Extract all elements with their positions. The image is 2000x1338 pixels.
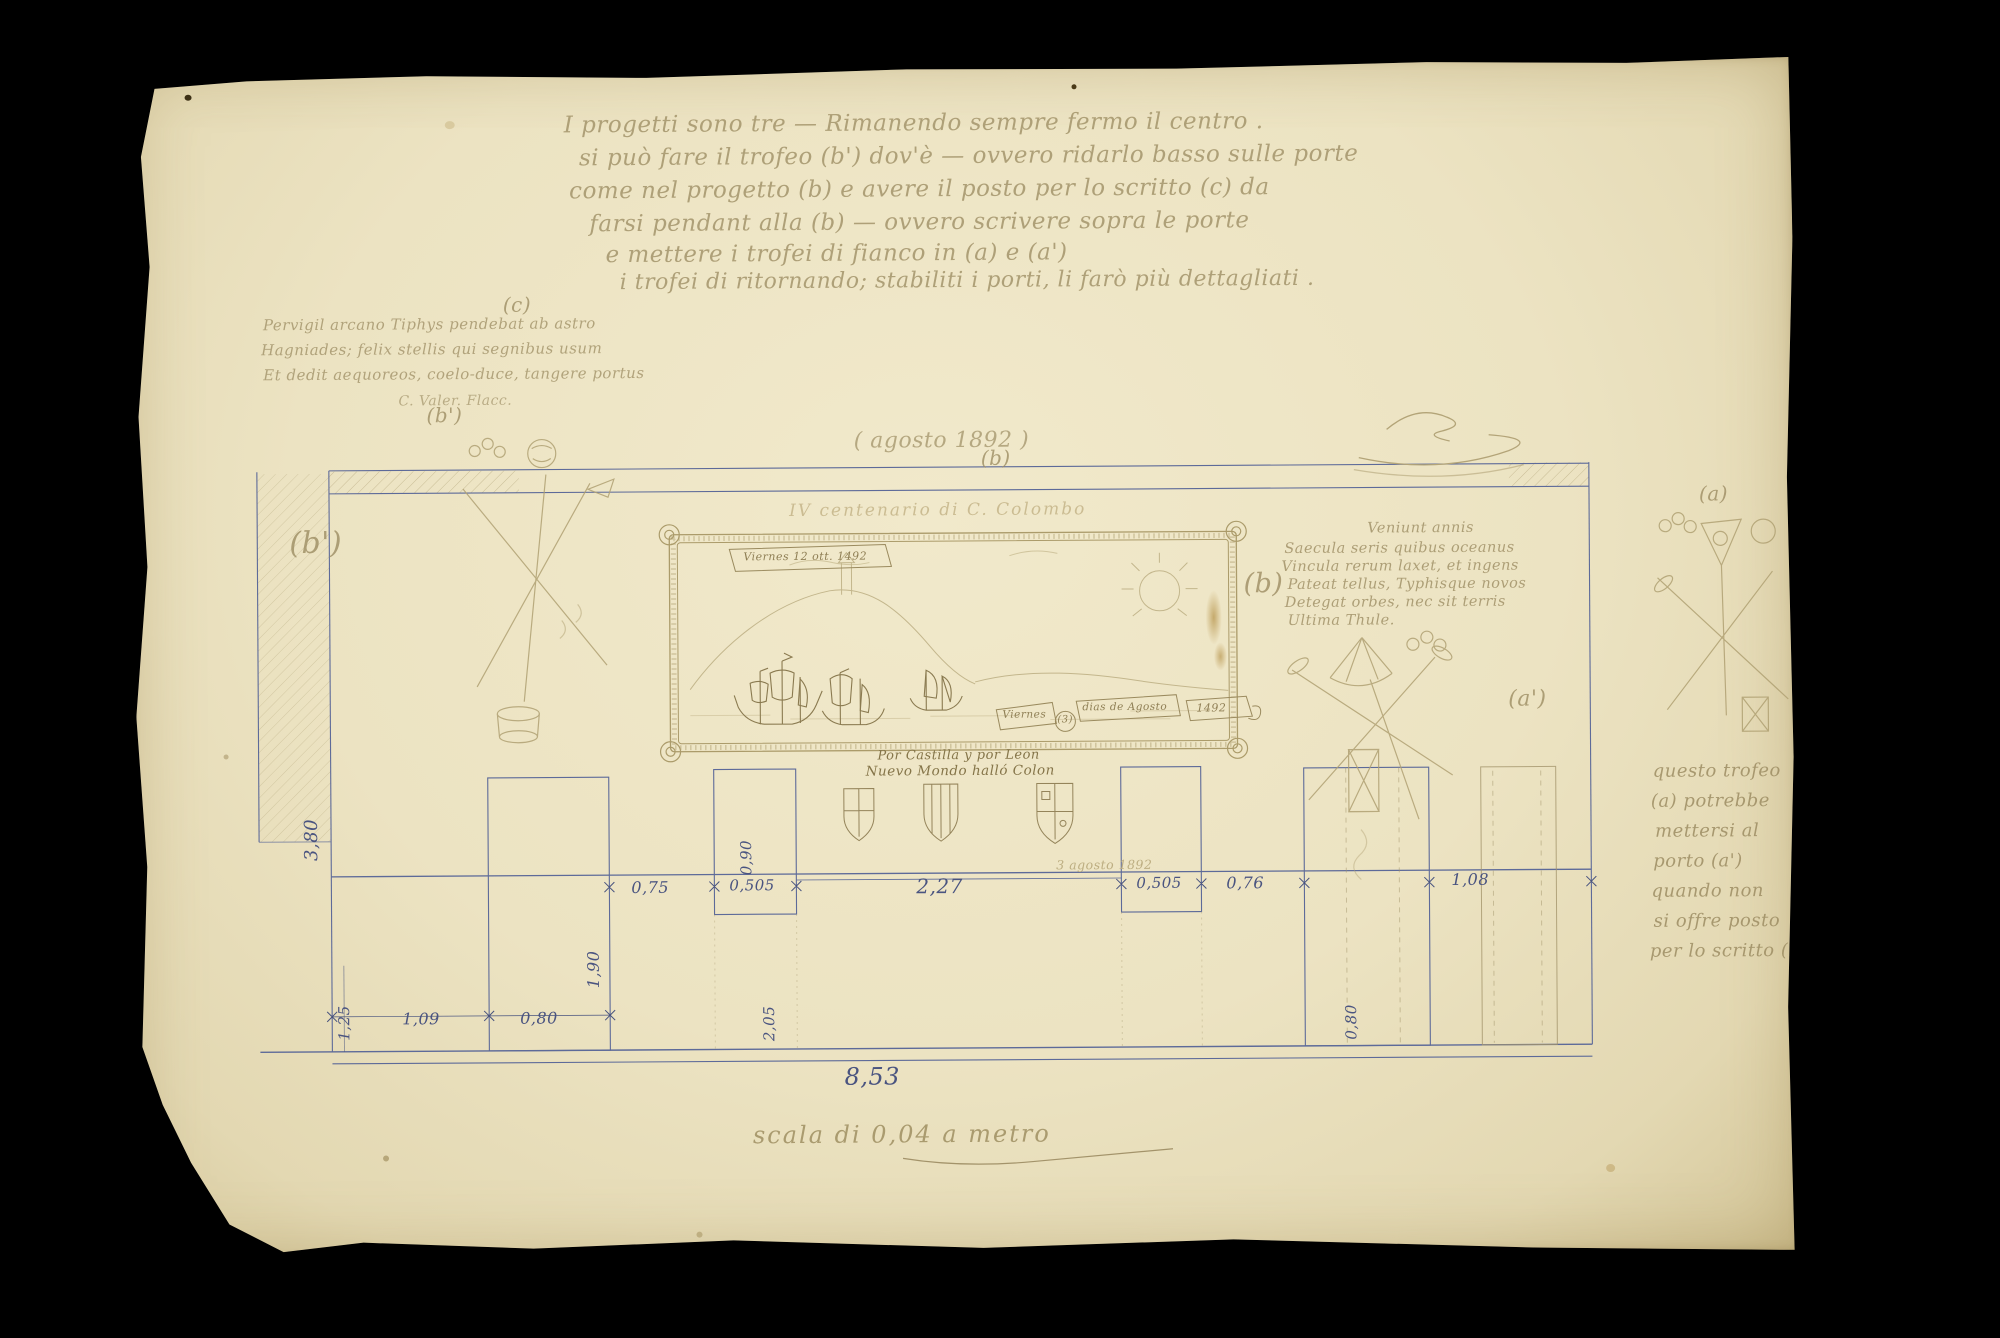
- header-note-line: e mettere i trofei di fianco in (a) e (a…: [605, 239, 1067, 268]
- foxing-spot: [383, 1156, 389, 1162]
- margin-note-line: (a) potrebbe: [1651, 790, 1770, 812]
- dim-door-opening: 0,80: [520, 1008, 558, 1027]
- foxing-spot: [445, 121, 455, 129]
- margin-note-line: per lo scritto (b): [1650, 940, 1808, 962]
- dim-w5: 0,76: [1226, 873, 1264, 892]
- dim-block-height: 0,90: [737, 840, 755, 876]
- banner-departure-num: (3): [1057, 714, 1073, 725]
- dim-door-width: 1,09: [402, 1009, 440, 1028]
- margin-note-line: si offre posto: [1654, 910, 1781, 932]
- quote-b-line: Detegat orbes, nec sit terris: [1285, 594, 1506, 611]
- foxing-spot: [1606, 1164, 1615, 1172]
- label-b-prime-top: (b'): [426, 403, 462, 427]
- quote-b-line: Pateat tellus, Typhisque novos: [1288, 576, 1527, 593]
- shield-icon: [844, 789, 874, 841]
- margin-note-line: questo trofeo: [1653, 760, 1781, 782]
- label-b-panel: (b): [981, 446, 1011, 470]
- dim-w1: 0,75: [631, 878, 669, 897]
- ship-icon: [910, 670, 962, 710]
- foxing-spot: [224, 754, 229, 759]
- dim-height-left: 3,80: [301, 819, 322, 861]
- dim-w2: 0,505: [729, 876, 775, 894]
- label-b-prime-side: (b'): [289, 526, 342, 561]
- quote-b-line: Ultima Thule.: [1288, 612, 1395, 629]
- drawing-canvas: [126, 57, 1798, 1260]
- signature-flourish: [1354, 412, 1524, 477]
- panel-title: IV centenario di C. Colombo: [789, 499, 1086, 521]
- dim-total-width: 8,53: [844, 1062, 900, 1090]
- header-note-line: come nel progetto (b) e avere il posto p…: [569, 174, 1270, 204]
- small-date-note: 3 agosto 1892: [1056, 857, 1152, 873]
- motto-line2: Nuevo Mondo halló Colon: [866, 762, 1046, 779]
- dim-door-height: 1,90: [584, 951, 603, 989]
- trophy-sketch-a: [1651, 512, 1788, 732]
- header-note-line: I progetti sono tre — Rimanendo sempre f…: [564, 108, 1264, 138]
- landscape-sketch: [689, 550, 1228, 722]
- dimension-ticks: [326, 876, 1597, 1052]
- header-note-line: i trofei di ritornando; stabiliti i port…: [620, 266, 1315, 295]
- scale-flourish: [903, 1149, 1173, 1165]
- header-note-line: si può fare il trofeo (b') dov'è — ovver…: [579, 141, 1359, 172]
- dim-lower-height: 2,05: [760, 1006, 778, 1042]
- banner-departure-year: 1492: [1196, 701, 1226, 714]
- quote-c-line: Hagniades; felix stellis qui segnibus us…: [261, 339, 602, 359]
- quote-b-line: Vincula rerum laxet, et ingens: [1281, 558, 1519, 575]
- foxing-spot: [1826, 347, 1831, 352]
- margin-note-line: mettersi al: [1655, 820, 1759, 842]
- dim-lower-left: 1,25: [335, 1005, 353, 1041]
- hourglass-icon: [1349, 749, 1379, 811]
- banner-departure-word2: dias de Agosto: [1082, 701, 1167, 714]
- margin-note-line: porto (a'): [1653, 850, 1743, 872]
- foxing-spot: [696, 1232, 702, 1238]
- ink-stain: [1206, 590, 1222, 644]
- trophy-sketch-b: [1285, 631, 1455, 880]
- shield-icon: [924, 784, 958, 841]
- scale-note: scala di 0,04 a metro: [753, 1119, 1051, 1149]
- dim-w3: 2,27: [916, 874, 963, 898]
- ship-icon: [822, 668, 884, 724]
- ink-stain: [1214, 642, 1227, 670]
- banner-discovery-text: Viernes 12 ott. 1492: [743, 550, 867, 564]
- quote-b-line: Saecula seris quibus oceanus: [1284, 540, 1514, 557]
- foxing-spot: [185, 95, 192, 101]
- banner-departure-word1: Viernes: [1002, 708, 1046, 720]
- motto-line1: Por Castilla y por Leon: [864, 747, 1054, 763]
- shield-icon: [1037, 783, 1073, 843]
- pencil-structure: [714, 766, 1558, 1049]
- paper-sheet: I progetti sono tre — Rimanendo sempre f…: [126, 57, 1798, 1260]
- sun-icon: [1121, 553, 1197, 616]
- dim-w4: 0,505: [1136, 874, 1182, 892]
- quote-c-line: Pervigil arcano Tiphys pendebat ab astro: [263, 314, 596, 334]
- quote-b-line: Veniunt annis: [1367, 520, 1474, 537]
- quote-c-line: Et dedit aequoreos, coelo-duce, tangere …: [263, 364, 644, 384]
- ship-icon: [734, 653, 822, 725]
- label-a: (a): [1699, 481, 1728, 505]
- dim-w6: 1,08: [1451, 870, 1489, 889]
- label-c: (c): [503, 293, 531, 317]
- header-note-line: farsi pendant alla (b) — ovvero scrivere…: [589, 207, 1249, 237]
- margin-note-line: quando non: [1651, 880, 1764, 902]
- label-b: (b): [1243, 568, 1283, 599]
- foxing-spot: [1071, 84, 1076, 89]
- dim-pier-opening: 0,80: [1342, 1004, 1360, 1040]
- photo-stage: I progetti sono tre — Rimanendo sempre f…: [0, 0, 2000, 1338]
- label-a-prime: (a'): [1508, 686, 1546, 711]
